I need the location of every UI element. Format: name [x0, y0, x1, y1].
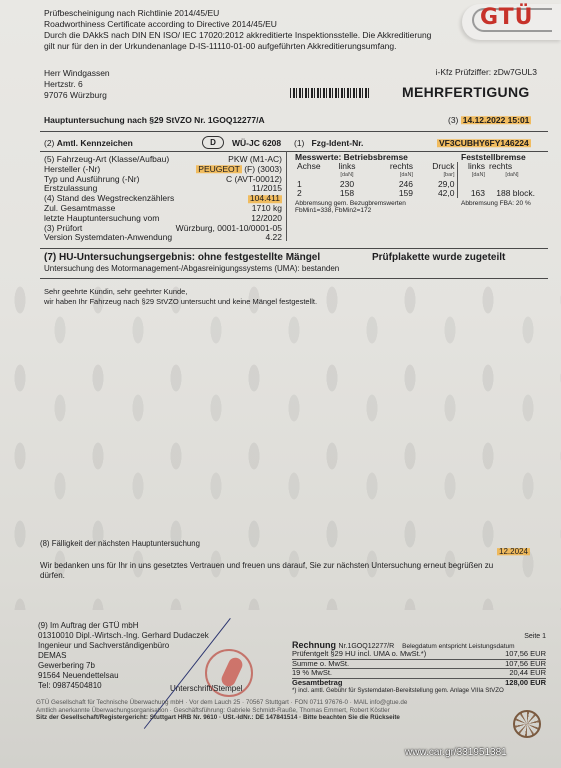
- vin-label: (1) Fzg-Ident-Nr.: [294, 138, 363, 148]
- col-header: links: [457, 162, 487, 171]
- fbmin-values: FbMin1=338, FbMin2=172: [295, 207, 547, 214]
- divider: [40, 131, 548, 132]
- inspection-title: Hauptuntersuchung nach §29 StVZO Nr. 1GO…: [44, 115, 265, 125]
- greeting-line: Sehr geehrte Kundin, sehr geehrter Kunde…: [44, 287, 317, 297]
- brake-units-row: [daN] [daN] [bar] [daN] [daN]: [295, 171, 537, 180]
- greeting-line: wir haben Ihr Fahrzeug nach §29 StVZO un…: [44, 297, 317, 307]
- vehicle-label: Version Systemdaten-Anwendung: [44, 233, 172, 243]
- vehicle-row: Version Systemdaten-Anwendung4.22: [44, 233, 282, 243]
- total-amount: 128,00 EUR: [505, 679, 546, 688]
- certificate-header: Prüfbescheinigung nach Richtlinie 2014/4…: [44, 8, 431, 52]
- gtue-logo: GTÜ: [462, 4, 561, 40]
- next-due-value: 12.2024: [497, 547, 530, 556]
- inspector-line: (9) Im Auftrag der GTÜ mbH: [38, 621, 209, 631]
- sticker-issued: Prüfplakette wurde zugeteilt: [372, 252, 505, 263]
- uma-result: Untersuchung des Motormanagement-/Abgasr…: [44, 264, 339, 273]
- manufacturer-code: (F) (3003): [242, 164, 282, 174]
- logo-text: GTÜ: [480, 5, 534, 30]
- header-line: gilt nur für den in der Urkundenanlage D…: [44, 41, 431, 52]
- country-code: D: [202, 136, 224, 149]
- vehicle-details: (5) Fahrzeug-Art (Klasse/Aufbau)PKW (M1-…: [44, 155, 282, 243]
- company-footer: GTÜ Gesellschaft für Technische Überwach…: [36, 699, 407, 722]
- footer-line: Amtlich anerkannte Überwachungsorganisat…: [36, 707, 407, 715]
- line-label: Prüfentgelt §29 HU incl. UMA o. MwSt.*): [292, 650, 426, 659]
- divider: [40, 278, 548, 279]
- parking-right-value: 188 block.: [487, 189, 537, 198]
- next-due-label: (8) Fälligkeit der nächsten Hauptuntersu…: [40, 539, 200, 548]
- brake-measurements: Messwerte: Betriebsbremse Feststellbrems…: [295, 152, 547, 214]
- signature-label: Unterschrift/Stempel: [170, 684, 242, 693]
- invoice: Seite 1 Rechnung Nr.1GOQ12277/R Belegdat…: [292, 633, 546, 694]
- header-line: Prüfbescheinigung nach Richtlinie 2014/4…: [44, 8, 431, 19]
- unit: [daN]: [487, 171, 537, 180]
- inspection-date-label: (3): [448, 115, 458, 125]
- invoice-footnote: *) incl. amtl. Gebühr für Systemdaten-Be…: [292, 687, 546, 694]
- source-watermark: www.car.gr/331951381: [405, 747, 507, 758]
- manufacturer-value: PEUGEOT: [196, 164, 242, 174]
- line-label: Summe o. MwSt.: [292, 660, 349, 669]
- recipient-address: Herr Windgassen Hertzstr. 6 97076 Würzbu…: [44, 68, 110, 101]
- left-value: 158: [329, 189, 365, 198]
- col-header: rechts: [487, 162, 537, 171]
- footer-line: Sitz der Gesellschaft/Registergericht: S…: [36, 714, 407, 722]
- divider: [40, 248, 548, 249]
- vin-label-num: (1): [294, 138, 304, 148]
- barcode-icon: [290, 88, 370, 98]
- plate-label-text: Amtl. Kennzeichen: [57, 138, 133, 148]
- vehicle-value: 4.22: [265, 233, 282, 243]
- line-label: 19 % MwSt.: [292, 669, 332, 678]
- plate-label-num: (2): [44, 138, 54, 148]
- brake-row: 2 158 159 42,0 163 188 block.: [295, 189, 537, 198]
- inspector-line: Ingenieur und Sachverständigenbüro: [38, 641, 209, 651]
- footer-line: GTÜ Gesellschaft für Technische Überwach…: [36, 699, 407, 707]
- certificate-page: Prüfbescheinigung nach Richtlinie 2014/4…: [0, 0, 561, 768]
- line-amount: 107,56 EUR: [505, 650, 546, 659]
- col-header: rechts: [365, 162, 415, 171]
- page-number: Seite 1: [292, 633, 546, 640]
- recipient-city: 97076 Würzburg: [44, 90, 110, 101]
- inspector-line: Gewerbering 7b: [38, 661, 209, 671]
- security-pattern: [0, 270, 561, 610]
- inspection-date-value: 14.12.2022 15:01: [461, 115, 532, 125]
- header-line: Durch die DAkkS nach DIN EN ISO/ IEC 170…: [44, 30, 431, 41]
- vin-value: VF3CUBHY6FY146224: [437, 138, 531, 148]
- plate-label: (2) Amtl. Kennzeichen: [44, 138, 133, 148]
- brake-header-row: Achse links rechts Druck links rechts: [295, 162, 537, 171]
- inspector-info: (9) Im Auftrag der GTÜ mbH 01310010 Dipl…: [38, 621, 209, 691]
- col-header: Druck: [415, 162, 457, 171]
- plate-value: WÜ-JC 6208: [232, 138, 281, 148]
- parking-left-value: 163: [457, 189, 487, 198]
- inspection-date: (3) 14.12.2022 15:01: [448, 115, 531, 125]
- pressure-value: 42,0: [415, 189, 457, 198]
- inspector-line: DEMAS: [38, 651, 209, 661]
- vin-label-text: Fzg-Ident-Nr.: [311, 138, 363, 148]
- recipient-name: Herr Windgassen: [44, 68, 110, 79]
- line-amount: 20,44 EUR: [509, 669, 546, 678]
- brake-note: Abbremsung gem. Bezugbremswerten: [295, 200, 461, 207]
- recipient-street: Hertzstr. 6: [44, 79, 110, 90]
- invoice-total: Gesamtbetrag128,00 EUR: [292, 679, 546, 688]
- unit: [daN]: [457, 171, 487, 180]
- inspector-line: 01310010 Dipl.-Wirtsch.-Ing. Gerhard Dud…: [38, 631, 209, 641]
- col-header: Achse: [295, 162, 329, 171]
- line-amount: 107,56 EUR: [505, 660, 546, 669]
- thanks-text: Wir bedanken uns für Ihr in uns gesetzte…: [40, 561, 510, 581]
- greeting: Sehr geehrte Kundin, sehr geehrter Kunde…: [44, 287, 317, 307]
- result-title: (7) HU-Untersuchungsergebnis: ohne festg…: [44, 252, 320, 263]
- wheel-seal-icon: [513, 710, 541, 738]
- copy-label: MEHRFERTIGUNG: [402, 84, 530, 100]
- fba-value: Abbremsung FBA: 20 %: [461, 200, 531, 207]
- brake-table: Achse links rechts Druck links rechts [d…: [295, 162, 537, 198]
- col-header: links: [329, 162, 365, 171]
- total-label: Gesamtbetrag: [292, 679, 342, 688]
- pruefziffer: i-Kfz Prüfziffer: zDw7GUL3: [436, 67, 537, 77]
- axle: 2: [295, 189, 329, 198]
- header-line: Roadworthiness Certificate according to …: [44, 19, 431, 30]
- right-value: 159: [365, 189, 415, 198]
- divider: [286, 151, 287, 241]
